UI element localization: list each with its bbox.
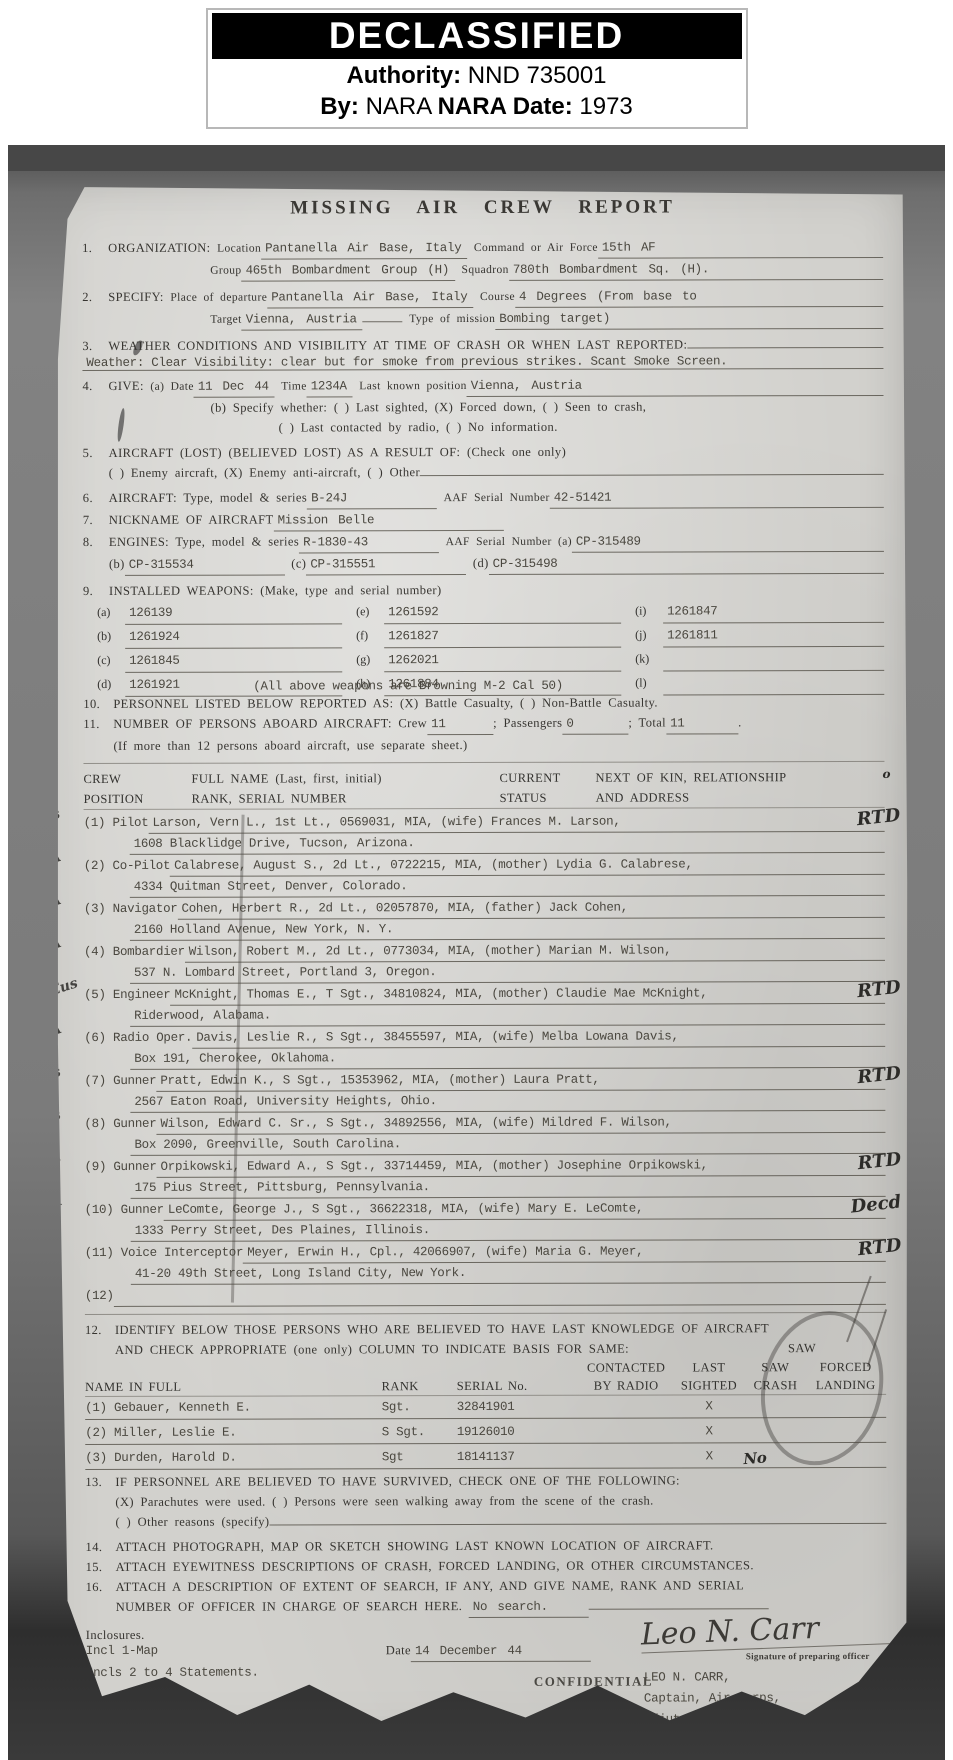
form-page: CONFIDENTIAL MISSING AIR CREW REPORT 1. … xyxy=(26,166,931,1760)
weapon-slot-label: (g) xyxy=(356,648,384,670)
weapon-serial-field: (e)1261592 xyxy=(356,600,621,625)
weapon-serial-value: 1261827 xyxy=(384,625,621,649)
weapon-slot-label: (j) xyxy=(635,624,663,646)
divider xyxy=(83,761,884,764)
margin-status-note: KIA xyxy=(31,1193,64,1217)
weapon-slot-label: (e) xyxy=(356,600,384,622)
aircraft-type-value: B-24J xyxy=(307,488,437,509)
field-radio-contact: ( ) Last contacted by radio, ( ) No info… xyxy=(279,416,884,438)
crew-name-line: Davis, Leslie R., S Sgt., 38455597, MIA,… xyxy=(192,1026,885,1049)
officer-rank: Captain, Air Corps, xyxy=(644,1688,853,1710)
witness-serial: 32841901 xyxy=(457,1396,580,1418)
total-count-value: 11 xyxy=(666,713,738,734)
field-weapons-label: 9. INSTALLED WEAPONS: (Make, type and se… xyxy=(83,579,884,601)
crew-row: KIA(6) Radio Oper.Davis, Leslie R., S Sg… xyxy=(84,1026,885,1070)
group-value: 465th Bombardment Group (H) xyxy=(242,260,455,282)
weapon-slot-label: (a) xyxy=(97,601,125,623)
crew-address-line: Box 2090, Greenville, South Carolina. xyxy=(130,1133,885,1156)
inclosure-1: Incl 1-Map xyxy=(86,1644,259,1658)
engine-c-value: CP-315551 xyxy=(306,554,466,575)
crew-position: (3) Navigator xyxy=(84,899,178,919)
crew-name-line: Pratt, Edwin K., S Sgt., 15353962, MIA, … xyxy=(156,1069,885,1092)
nara-date-value: 1973 xyxy=(579,93,632,120)
crew-address-line: 41-20 49th Street, Long Island City, New… xyxy=(131,1262,886,1285)
by-label: By: xyxy=(320,93,359,120)
field-weather-value: Weather: Clear Visibility: clear but for… xyxy=(82,354,883,371)
crew-row: KIA(3) NavigatorCohen, Herbert R., 2d Lt… xyxy=(84,897,885,941)
inclosures-label: Inclosures. xyxy=(86,1627,259,1644)
crew-table-header: o CREW FULL NAME (Last, first, initial) … xyxy=(83,767,884,810)
crew-position: (6) Radio Oper. xyxy=(84,1028,192,1048)
crew-address-line: 1608 Blacklidge Drive, Tucson, Arizona. xyxy=(130,832,885,855)
departure-value: Pantanella Air Base, Italy xyxy=(267,287,473,309)
witness-sighted-mark: X xyxy=(673,1445,746,1467)
witness-name: (3) Durden, Harold D. xyxy=(85,1446,382,1469)
weapon-serial-value: 1261847 xyxy=(663,600,884,624)
crew-address-line: 1333 Perry Street, Des Plaines, Illinois… xyxy=(131,1219,886,1242)
weapon-slot-label: (c) xyxy=(97,649,125,671)
crew-address-line: Box 191, Cherokee, Oklahoma. xyxy=(130,1047,885,1070)
search-result-value: No search. xyxy=(469,1597,589,1618)
date-value: 11 Dec 44 xyxy=(194,377,275,398)
weapon-serial-value: 1261845 xyxy=(125,649,342,673)
crew-name-line: Larson, Vern L., 1st Lt., 0569031, MIA, … xyxy=(148,811,884,834)
weapon-slot-label: (k) xyxy=(635,648,663,670)
crew-row: KIADecd(10) GunnerLeComte, George J., S … xyxy=(85,1198,886,1242)
pen-scribble: Enl xyxy=(98,1705,153,1744)
field-specify-whether: (b) Specify whether: ( ) Last sighted, (… xyxy=(211,396,884,418)
crew-name-line: Wilson, Edward C. Sr., S Sgt., 34892556,… xyxy=(156,1112,885,1135)
weapon-serial-value: 1261811 xyxy=(663,624,884,648)
margin-status-note: KIA xyxy=(30,935,63,959)
witness-rank: S Sgt. xyxy=(382,1421,457,1443)
weapon-slot-label: (d) xyxy=(97,673,125,695)
nickname-value: Mission Belle xyxy=(274,510,504,532)
crew-address-line: 2160 Holland Avenue, New York, N. Y. xyxy=(130,918,885,941)
crew-row: EusRTD(7) GunnerPratt, Edwin K., S Sgt.,… xyxy=(84,1069,885,1113)
field-give-date: 4. GIVE: (a) Date 11 Dec 44 Time 1234A L… xyxy=(82,374,883,398)
crew-address-line: 4334 Quitman Street, Denver, Colorado. xyxy=(130,875,885,898)
weapon-serial-value: 1261592 xyxy=(384,601,621,625)
weapon-slot-label: (f) xyxy=(356,624,384,646)
field-nickname: 7. NICKNAME OF AIRCRAFT Mission Belle xyxy=(83,508,884,532)
time-value: 1234A xyxy=(307,376,353,397)
engine-b-value: CP-315534 xyxy=(125,555,285,576)
witness-name: (1) Gebauer, Kenneth E. xyxy=(85,1396,382,1419)
declassified-authority: Authority: NND 735001 xyxy=(212,62,742,90)
margin-mark-o: o xyxy=(882,767,890,781)
weapon-serial-value: 126139 xyxy=(125,601,342,625)
field-target-mission: Target Vienna, Austria Type of mission B… xyxy=(210,307,883,331)
crew-address-line: Riderwood, Alabama. xyxy=(130,1004,885,1027)
margin-status-note: RTD xyxy=(856,977,902,1003)
squadron-value: 780th Bombardment Sq. (H). xyxy=(509,259,883,281)
crew-position: (7) Gunner xyxy=(84,1071,156,1091)
weapon-serial-field: (c)1261845 xyxy=(97,648,342,673)
crew-address-line: 2567 Eaton Road, University Heights, Ohi… xyxy=(130,1090,885,1113)
witness-rank: Sgt xyxy=(382,1446,457,1468)
witness-row: (3) Durden, Harold D.Sgt18141137XNo xyxy=(85,1445,886,1470)
field-engines: 8. ENGINES: Type, model & series R-1830-… xyxy=(83,530,884,554)
mission-value: Bombing xyxy=(495,309,555,330)
witness-name: (2) Miller, Leslie E. xyxy=(85,1421,382,1444)
weapon-serial-field: (g)1262021 xyxy=(356,648,621,673)
preparing-officer-block: LEO N. CARR, Captain, Air Corps, Adjutan… xyxy=(644,1667,853,1731)
margin-status-note: Eus xyxy=(31,1107,63,1131)
crew-name-line: Calabrese, August S., 2d Lt., 0722215, M… xyxy=(170,854,885,877)
weapon-serial-value xyxy=(663,648,884,672)
passenger-count-value: 0 xyxy=(562,714,628,735)
crew-row: (12) xyxy=(85,1284,886,1307)
classification-footer: CONFIDENTIAL xyxy=(534,1674,653,1690)
weapons-note: (All above weapons are Browning M-2 Cal … xyxy=(253,678,884,694)
crew-row: EusRTD(1) PilotLarson, Vern L., 1st Lt.,… xyxy=(84,811,885,855)
engine-d-value: CP-315498 xyxy=(489,553,884,575)
margin-status-note: KIA xyxy=(30,849,63,873)
target-value: Vienna, Austria xyxy=(242,309,363,330)
date-field: Date 14 December 44 xyxy=(386,1640,591,1663)
margin-status-note: RTD xyxy=(857,1235,903,1261)
field-group-squadron: Group 465th Bombardment Group (H) Squadr… xyxy=(210,258,883,282)
margin-status-note: Eus xyxy=(31,1150,63,1174)
crew-row: N EusRTD(5) EngineerMcKnight, Thomas E.,… xyxy=(84,983,885,1027)
inclosure-2: Incls 2 to 4 Statements. xyxy=(86,1666,259,1680)
field-specify: 2. SPECIFY: Place of departure Pantanell… xyxy=(82,285,883,309)
witness-row: (1) Gebauer, Kenneth E.Sgt.32841901X xyxy=(85,1395,886,1420)
crew-row: EusRTD(9) GunnerOrpikowski, Edward A., S… xyxy=(85,1155,886,1199)
course-value: 4 Degrees (From base to xyxy=(515,286,883,308)
crew-position: (8) Gunner xyxy=(84,1114,156,1134)
crew-row: KIA(2) Co-PilotCalabrese, August S., 2d … xyxy=(84,854,885,898)
crew-name-line: LeComte, George J., S Sgt., 36622318, MI… xyxy=(164,1198,886,1221)
footer: Inclosures. Incl 1-Map Incls 2 to 4 Stat… xyxy=(86,1625,887,1759)
page-title: MISSING AIR CREW REPORT xyxy=(82,196,883,220)
crew-position: (11) Voice Interceptor xyxy=(85,1243,243,1263)
crew-name-line: Wilson, Robert M., 2d Lt., 0773034, MIA,… xyxy=(185,940,885,963)
margin-status-note: Eus xyxy=(31,1236,63,1260)
handwritten-no: No xyxy=(742,1446,767,1470)
margin-status-note: RTD xyxy=(856,805,902,831)
crew-row: Eus(8) GunnerWilson, Edward C. Sr., S Sg… xyxy=(84,1112,885,1156)
crew-table: EusRTD(1) PilotLarson, Vern L., 1st Lt.,… xyxy=(84,811,886,1307)
scan-top-band xyxy=(8,145,945,171)
crew-name-line: McKnight, Thomas E., T Sgt., 34810824, M… xyxy=(170,983,885,1006)
witness-row: (2) Miller, Leslie E.S Sgt.19126010X xyxy=(85,1420,886,1445)
s12-header-top: CONTACTED LAST SAW FORCED xyxy=(85,1358,886,1378)
witness-serial: 18141137 xyxy=(457,1446,580,1468)
authority-label: Authority: xyxy=(346,62,461,89)
field-loss-cause: ( ) Enemy aircraft, (X) Enemy anti-aircr… xyxy=(109,461,884,483)
section-12: 12. IDENTIFY BELOW THOSE PERSONS WHO ARE… xyxy=(85,1318,886,1470)
last-position-value: Vienna, Austria xyxy=(467,375,884,397)
crew-name-line: Meyer, Erwin H., Cpl., 42066907, (wife) … xyxy=(243,1241,886,1264)
crew-position: (4) Bombardier xyxy=(84,942,185,962)
section-16: 16. ATTACH A DESCRIPTION OF EXTENT OF SE… xyxy=(86,1575,887,1597)
weapon-serial-value: 1262021 xyxy=(384,649,621,673)
weapon-slot-label: (b) xyxy=(97,625,125,647)
margin-status-note: Decd xyxy=(850,1191,903,1217)
scan-area: CONFIDENTIAL MISSING AIR CREW REPORT 1. … xyxy=(8,145,945,1760)
crew-count-value: 11 xyxy=(427,714,493,735)
field-aircraft: 6. AIRCRAFT: Type, model & series B-24J … xyxy=(83,486,884,510)
crew-position: (2) Co-Pilot xyxy=(84,856,170,876)
officer-name: LEO N. CARR, xyxy=(644,1667,853,1689)
aaf-serial-value: 42-51421 xyxy=(550,487,884,509)
persons-aboard-note: (If more than 12 persons aboard aircraft… xyxy=(113,734,884,756)
field-organization: 1. ORGANIZATION: Location Pantanella Air… xyxy=(82,236,883,260)
crew-address-line: 537 N. Lombard Street, Portland 3, Orego… xyxy=(130,961,885,984)
margin-status-note: Eus xyxy=(31,1064,63,1088)
section-15: 15. ATTACH EYEWITNESS DESCRIPTIONS OF CR… xyxy=(86,1555,887,1577)
margin-status-note: RTD xyxy=(857,1063,903,1089)
field-aircraft-lost: 5. AIRCRAFT (LOST) (BELIEVED LOST) AS A … xyxy=(83,441,884,463)
report-date-value: 14 December 44 xyxy=(411,1641,591,1662)
nara-date-label: NARA Date: xyxy=(438,93,573,120)
field-engines-bcd: (b) CP-315534 (c) CP-315551 (d) CP-31549… xyxy=(109,552,884,576)
declassified-title: DECLASSIFIED xyxy=(212,13,742,59)
margin-status-note: KIA xyxy=(30,1021,63,1045)
margin-status-note: RTD xyxy=(857,1149,903,1175)
classification-header: CONFIDENTIAL xyxy=(82,172,883,189)
witness-sighted-mark: X xyxy=(672,1395,745,1417)
crew-address-line: 175 Pius Street, Pittsburg, Pennsylvania… xyxy=(131,1176,886,1199)
crew-position: (12) xyxy=(85,1286,114,1306)
by-value: NARA xyxy=(366,93,431,120)
margin-status-note: N Eus xyxy=(31,975,80,1005)
weapon-serial-field: (k) xyxy=(635,647,884,672)
s12-header-bottom: NAME IN FULL RANK SERIAL No. BY RADIO SI… xyxy=(85,1376,886,1397)
authority-value: NND 735001 xyxy=(468,62,607,89)
course-cont-value: target) xyxy=(556,308,884,330)
crew-name-line xyxy=(114,1284,886,1307)
crew-name-line: Cohen, Herbert R., 2d Lt., 02057870, MIA… xyxy=(177,897,884,920)
crew-position: (1) Pilot xyxy=(84,813,149,833)
weapon-serial-value: 1261924 xyxy=(125,625,342,649)
weapon-serial-field: (j)1261811 xyxy=(635,623,884,648)
field-weather-label: 3. WEATHER CONDITIONS AND VISIBILITY AT … xyxy=(82,334,883,356)
engine-a-value: CP-315489 xyxy=(572,531,884,553)
witness-serial: 19126010 xyxy=(457,1421,580,1443)
section-13: 13. IF PERSONNEL ARE BELIEVED TO HAVE SU… xyxy=(85,1470,886,1492)
field-persons-aboard: 11. NUMBER OF PERSONS ABOARD AIRCRAFT: C… xyxy=(83,712,884,736)
witness-rank: Sgt. xyxy=(382,1396,457,1418)
crew-position: (9) Gunner xyxy=(85,1157,157,1177)
crew-row: EusRTD(11) Voice InterceptorMeyer, Erwin… xyxy=(85,1241,886,1285)
crew-name-line: Orpikowski, Edward A., S Sgt., 33714459,… xyxy=(157,1155,886,1178)
margin-status-note: KIA xyxy=(30,892,63,916)
witness-sighted-mark: X xyxy=(672,1420,745,1442)
declassified-banner: DECLASSIFIED Authority: NND 735001 By: N… xyxy=(206,8,748,129)
weapon-slot-label: (i) xyxy=(635,600,663,622)
organization-location-value: Pantanella Air Base, Italy xyxy=(261,238,467,260)
weapon-serial-field: (f)1261827 xyxy=(356,624,621,649)
command-value: 15th AF xyxy=(598,237,883,259)
engine-series-value: R-1830-43 xyxy=(299,532,439,553)
crew-row: KIA(4) BombardierWilson, Robert M., 2d L… xyxy=(84,940,885,984)
declassified-by: By: NARA NARA Date: 1973 xyxy=(212,93,742,121)
section-14: 14. ATTACH PHOTOGRAPH, MAP OR SKETCH SHO… xyxy=(86,1535,887,1557)
margin-status-note: Eus xyxy=(30,806,62,830)
weapon-serial-field: (a)126139 xyxy=(97,600,342,625)
crew-position: (10) Gunner xyxy=(85,1200,164,1220)
signature-caption: Signature of preparing officer xyxy=(746,1651,870,1661)
weapon-serial-field: (b)1261924 xyxy=(97,624,342,649)
crew-position: (5) Engineer xyxy=(84,985,170,1005)
s12-rows: (1) Gebauer, Kenneth E.Sgt.32841901X(2) … xyxy=(85,1395,886,1470)
weapon-serial-field: (i)1261847 xyxy=(635,599,884,624)
divider xyxy=(85,1312,886,1315)
officer-title: Adjutant, 780th Bomb Sq. (H). xyxy=(644,1709,853,1731)
